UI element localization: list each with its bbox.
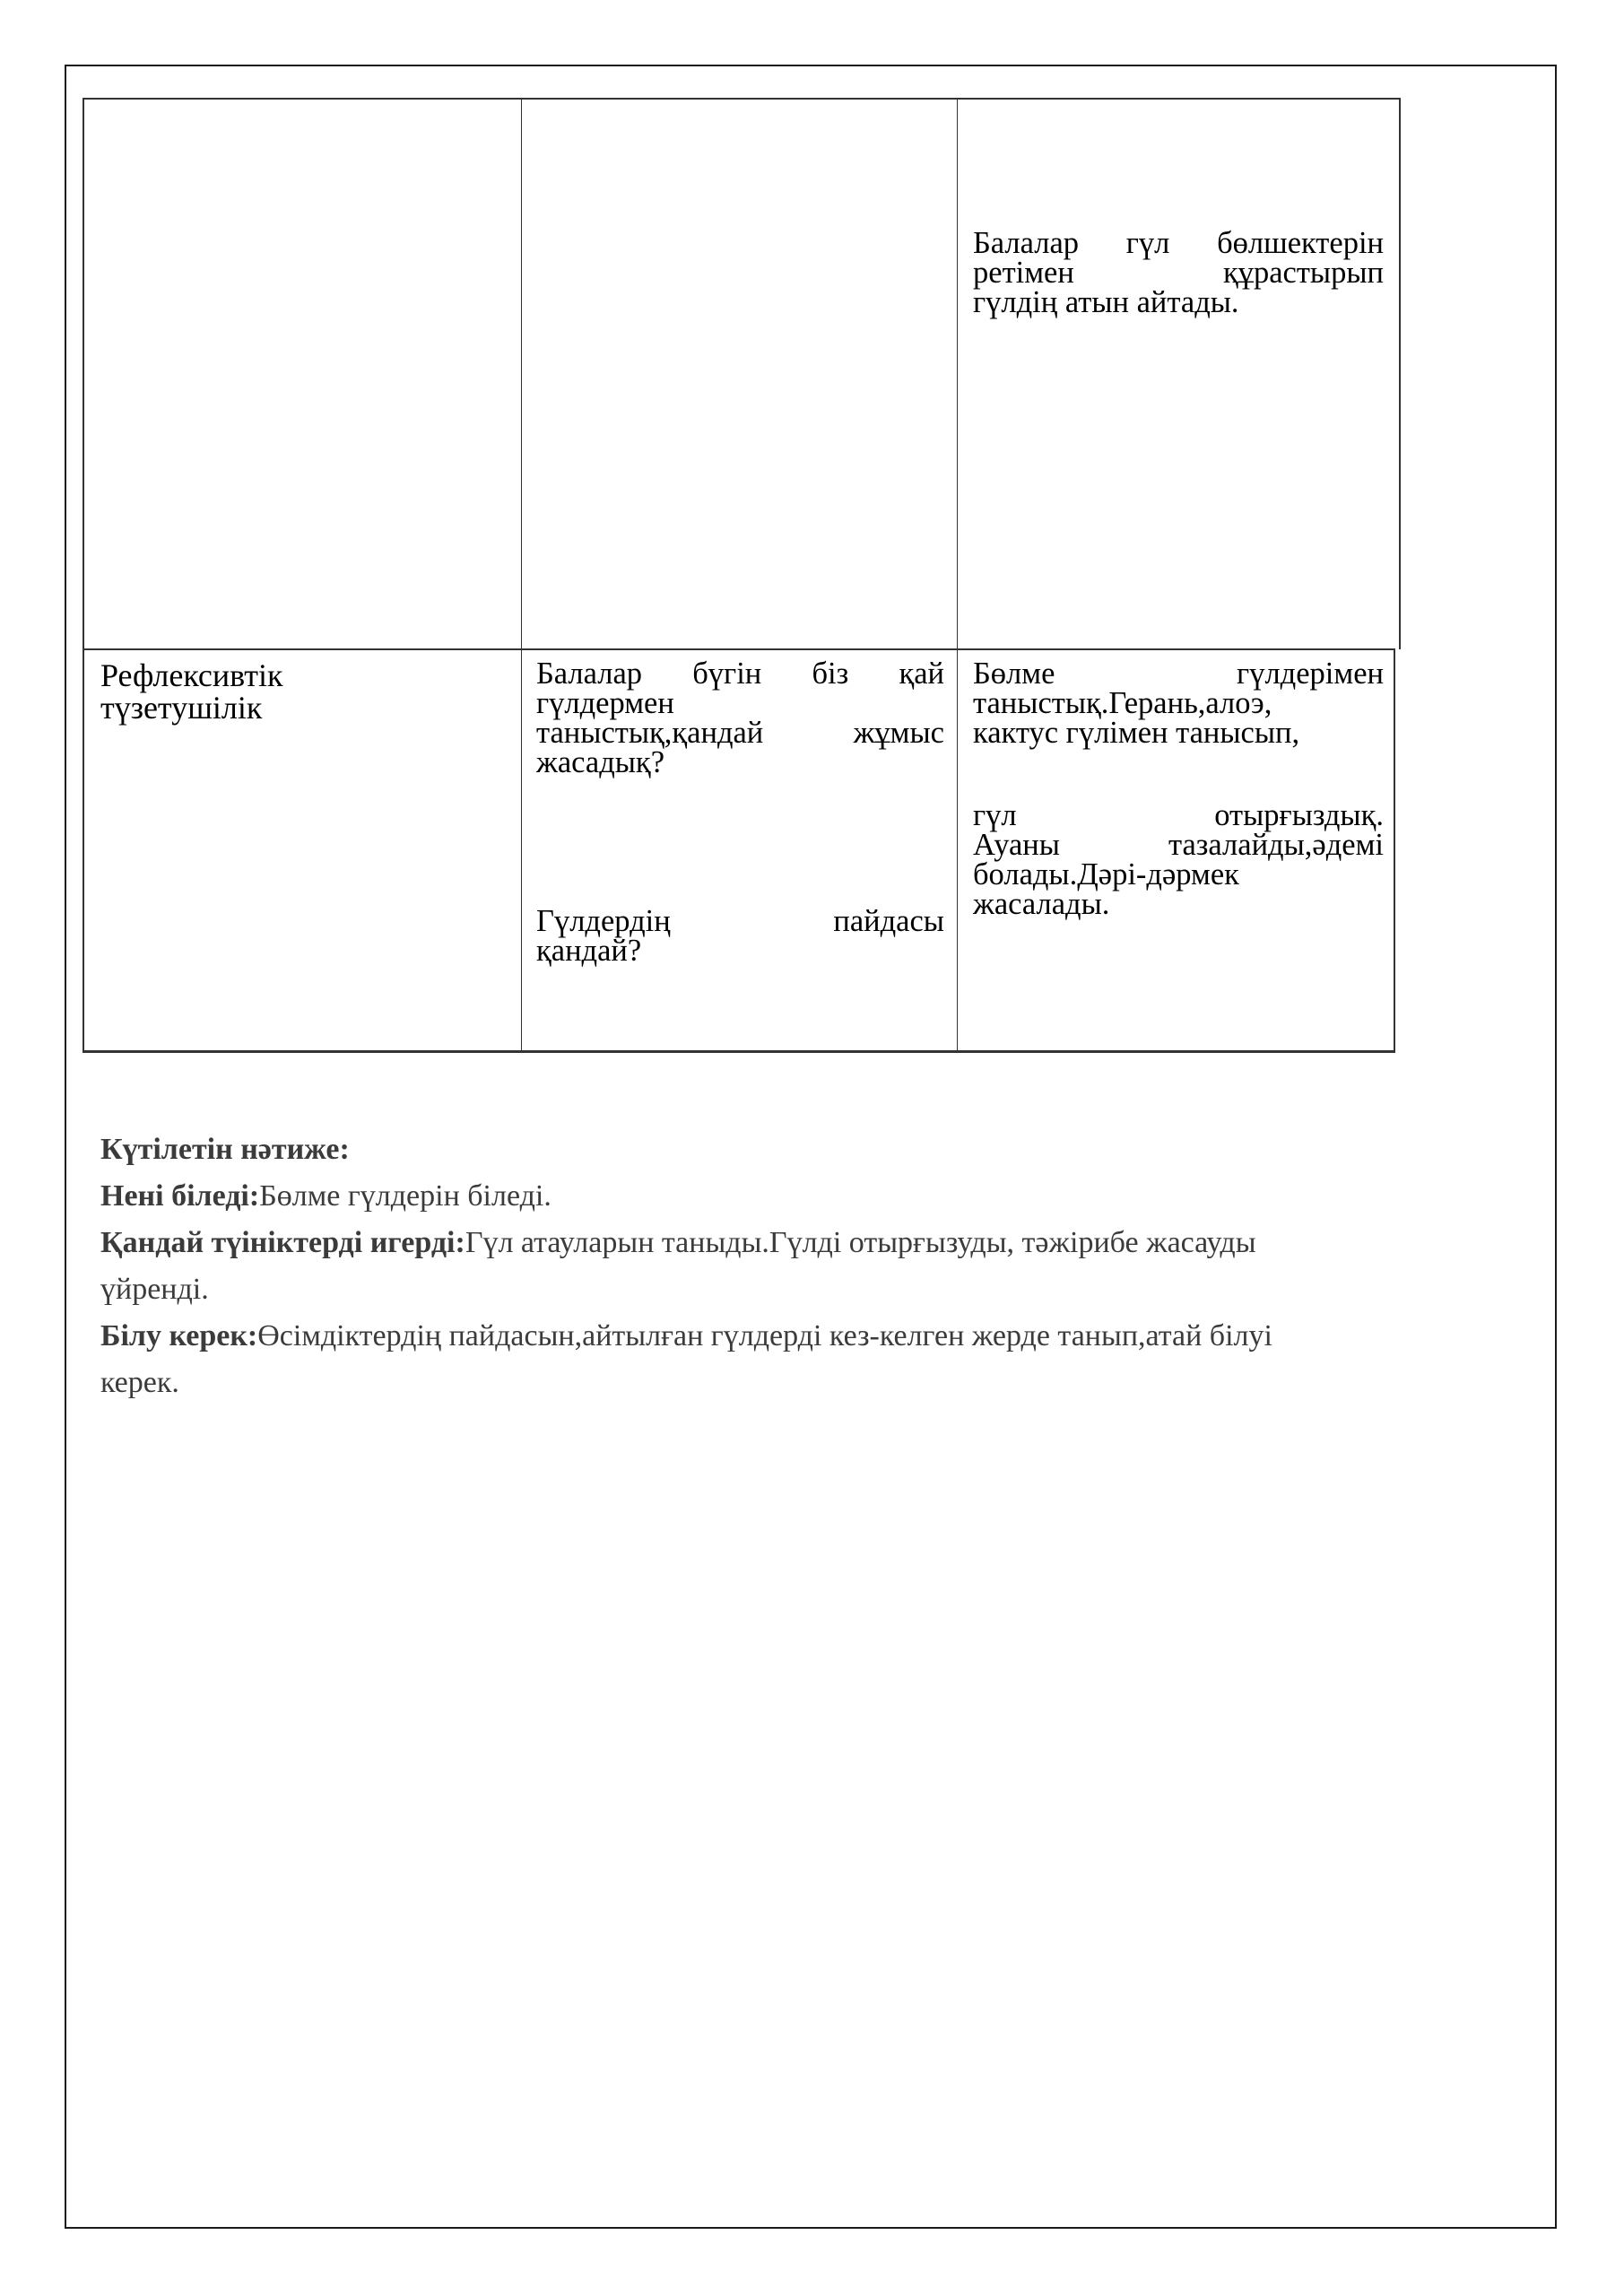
results-heading: Күтілетін нәтиже: — [100, 1133, 350, 1166]
text-line: түзетушілік — [100, 691, 495, 724]
concepts-text-cont: үйренді. — [100, 1273, 209, 1306]
text-line: кактус гүлімен танысып, — [973, 718, 1384, 748]
table-cell-r1c3 — [957, 98, 1401, 649]
text-line: Гүлдердің пайдасы — [536, 907, 944, 936]
must-know-label: Білу керек: — [100, 1319, 257, 1352]
text-line: Бөлме гүлдерімен — [973, 659, 1384, 689]
text-line: Рефлексивтік — [100, 659, 495, 691]
knows-text: Бөлме гүлдерін біледі. — [259, 1179, 551, 1213]
text-line: Балалар бүгін біз қай — [536, 659, 944, 689]
children-answer-1: Бөлме гүлдерімен таныстық.Герань,алоэ, к… — [973, 659, 1384, 748]
teacher-question-2: Гүлдердің пайдасы қандай? — [536, 907, 944, 966]
text-line: гүлдермен — [536, 689, 944, 718]
children-answer-2: гүл отырғыздық. Ауаны тазалайды,әдемі бо… — [973, 801, 1384, 919]
table-cell-r1c2 — [521, 98, 958, 649]
text-line: Ауаны тазалайды,әдемі — [973, 831, 1384, 860]
knows-label: Нені біледі: — [100, 1179, 259, 1213]
text-line: қандай? — [536, 936, 944, 966]
expected-results: Күтілетін нәтиже: Нені біледі:Бөлме гүлд… — [100, 1126, 1499, 1406]
text-line: ретімен құрастырып — [973, 258, 1384, 288]
teacher-question-1: Балалар бүгін біз қай гүлдермен таныстық… — [536, 659, 944, 778]
text-line: болады.Дәрі-дәрмек — [973, 860, 1384, 890]
text-line: жасадық? — [536, 748, 944, 778]
text-line: таныстық,қандай жұмыс — [536, 718, 944, 748]
concepts-label: Қандай түініктерді игерді: — [100, 1226, 465, 1259]
text-line: Балалар гүл бөлшектерін — [973, 229, 1384, 258]
text-line: гүлдің атын айтады. — [973, 288, 1384, 317]
must-know-text: Өсімдіктердің пайдасын,айтылған гүлдерді… — [257, 1319, 1272, 1352]
text-line: таныстық.Герань,алоэ, — [973, 689, 1384, 718]
text-line: жасалады. — [973, 890, 1384, 919]
text-line: гүл отырғыздық. — [973, 801, 1384, 831]
stage-label: Рефлексивтік түзетушілік — [100, 659, 495, 724]
must-know-text-cont: керек. — [100, 1366, 179, 1399]
r1c3-text: Балалар гүл бөлшектерін ретімен құрастыр… — [973, 229, 1384, 317]
table-cell-r1c1 — [83, 98, 522, 649]
concepts-text: Гүл атауларын таныды.Гүлді отырғызуды, т… — [465, 1226, 1256, 1259]
